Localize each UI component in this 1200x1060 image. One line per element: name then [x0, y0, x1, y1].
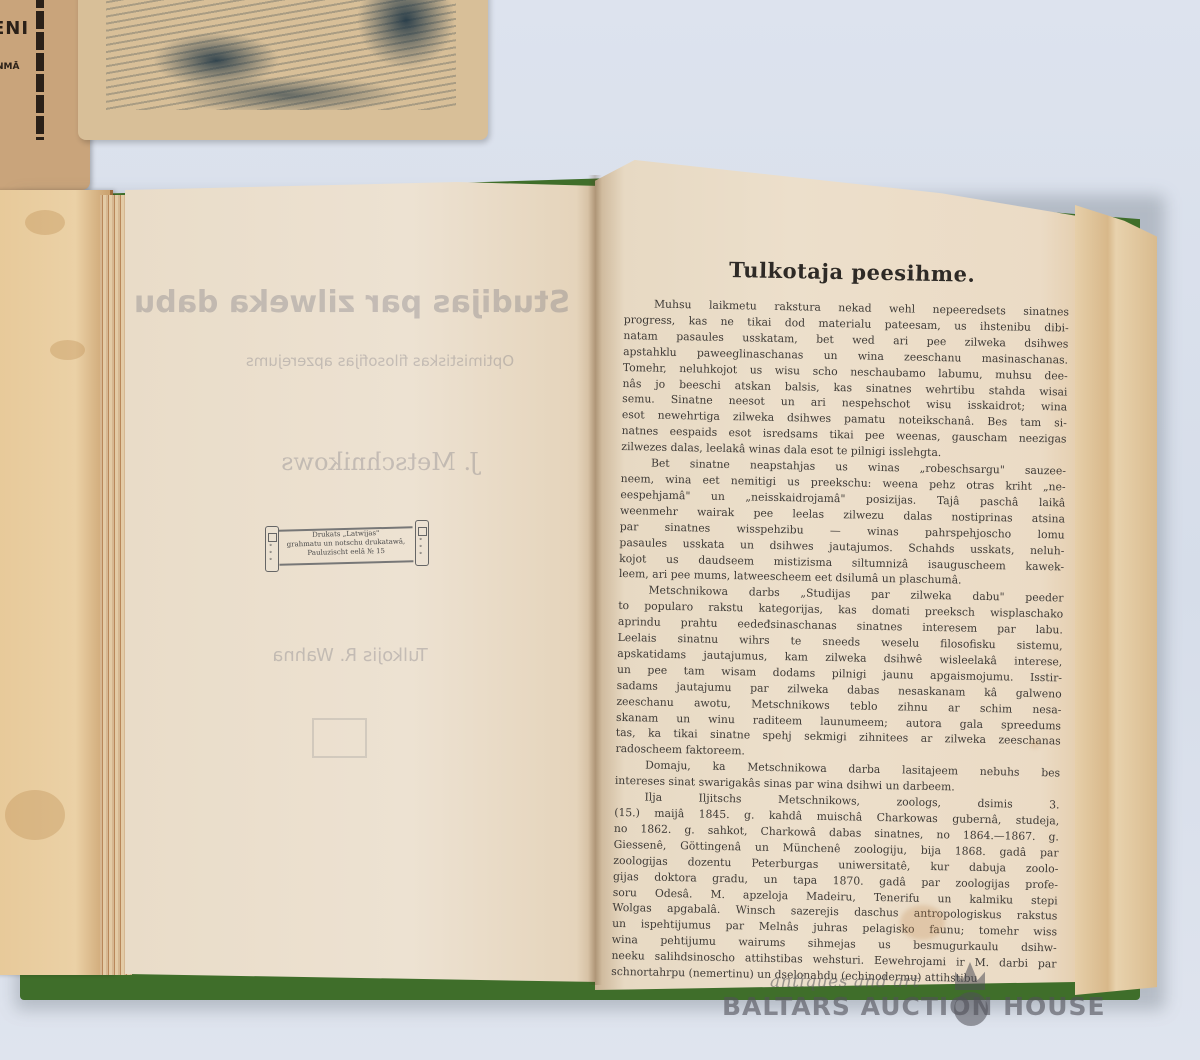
right-page-edges [1075, 205, 1157, 995]
bleed-through-author: J. Metschnikows [255, 448, 505, 476]
booklet-cover-subtext: NMĀ [0, 62, 19, 72]
bleed-through-title: Studijas par zilweka dabu [180, 285, 570, 320]
bleed-through-publisher-mark [312, 718, 367, 758]
right-page-text: Tulkotaja peesihme. Muhsu laikmetu rakst… [611, 255, 1070, 988]
watermark-name: BALTARS AUCTION HOUSE [722, 992, 1106, 1021]
loose-flyleaf [0, 190, 113, 975]
stamp-text: Drukats „Latwijas" grahmatu un notschu d… [281, 528, 412, 558]
background-booklet-left: ENI NMĀ [0, 0, 90, 190]
watermark-tagline: antiques and art [770, 972, 920, 992]
stamp-right-post-icon [415, 520, 429, 566]
printer-stamp: Drukats „Latwijas" grahmatu un notschu d… [263, 520, 431, 570]
booklet-cover-text: ENI [0, 18, 29, 39]
paragraph: Ilja Iljitschs Metschnikows, zoologs, ds… [611, 789, 1060, 988]
crown-icon [955, 962, 985, 990]
paragraph: Muhsu laikmetu rakstura nekad wehl nepee… [621, 296, 1069, 464]
page-stain [900, 905, 945, 940]
page-stain [1030, 740, 1040, 748]
auction-house-watermark: antiques and art BALTARS AUCTION HOUSE [720, 962, 1140, 1032]
book-gutter [588, 175, 602, 985]
bleed-through-subtitle: Optimistiskas filosofijas apzerejums [200, 352, 560, 370]
bleed-through-translator: Tulkojis R. Wahna [245, 645, 455, 666]
paragraph: Metschnikowa darbs „Studijas par zilweka… [615, 582, 1063, 765]
background-booklet-illustrated [78, 0, 488, 140]
stamp-left-post-icon [265, 526, 279, 572]
cover-border-stripe [36, 0, 44, 140]
paragraph: Bet sinatne neapstahjas us winas „robesc… [619, 455, 1066, 591]
booklet-ink-illustration [106, 0, 456, 110]
